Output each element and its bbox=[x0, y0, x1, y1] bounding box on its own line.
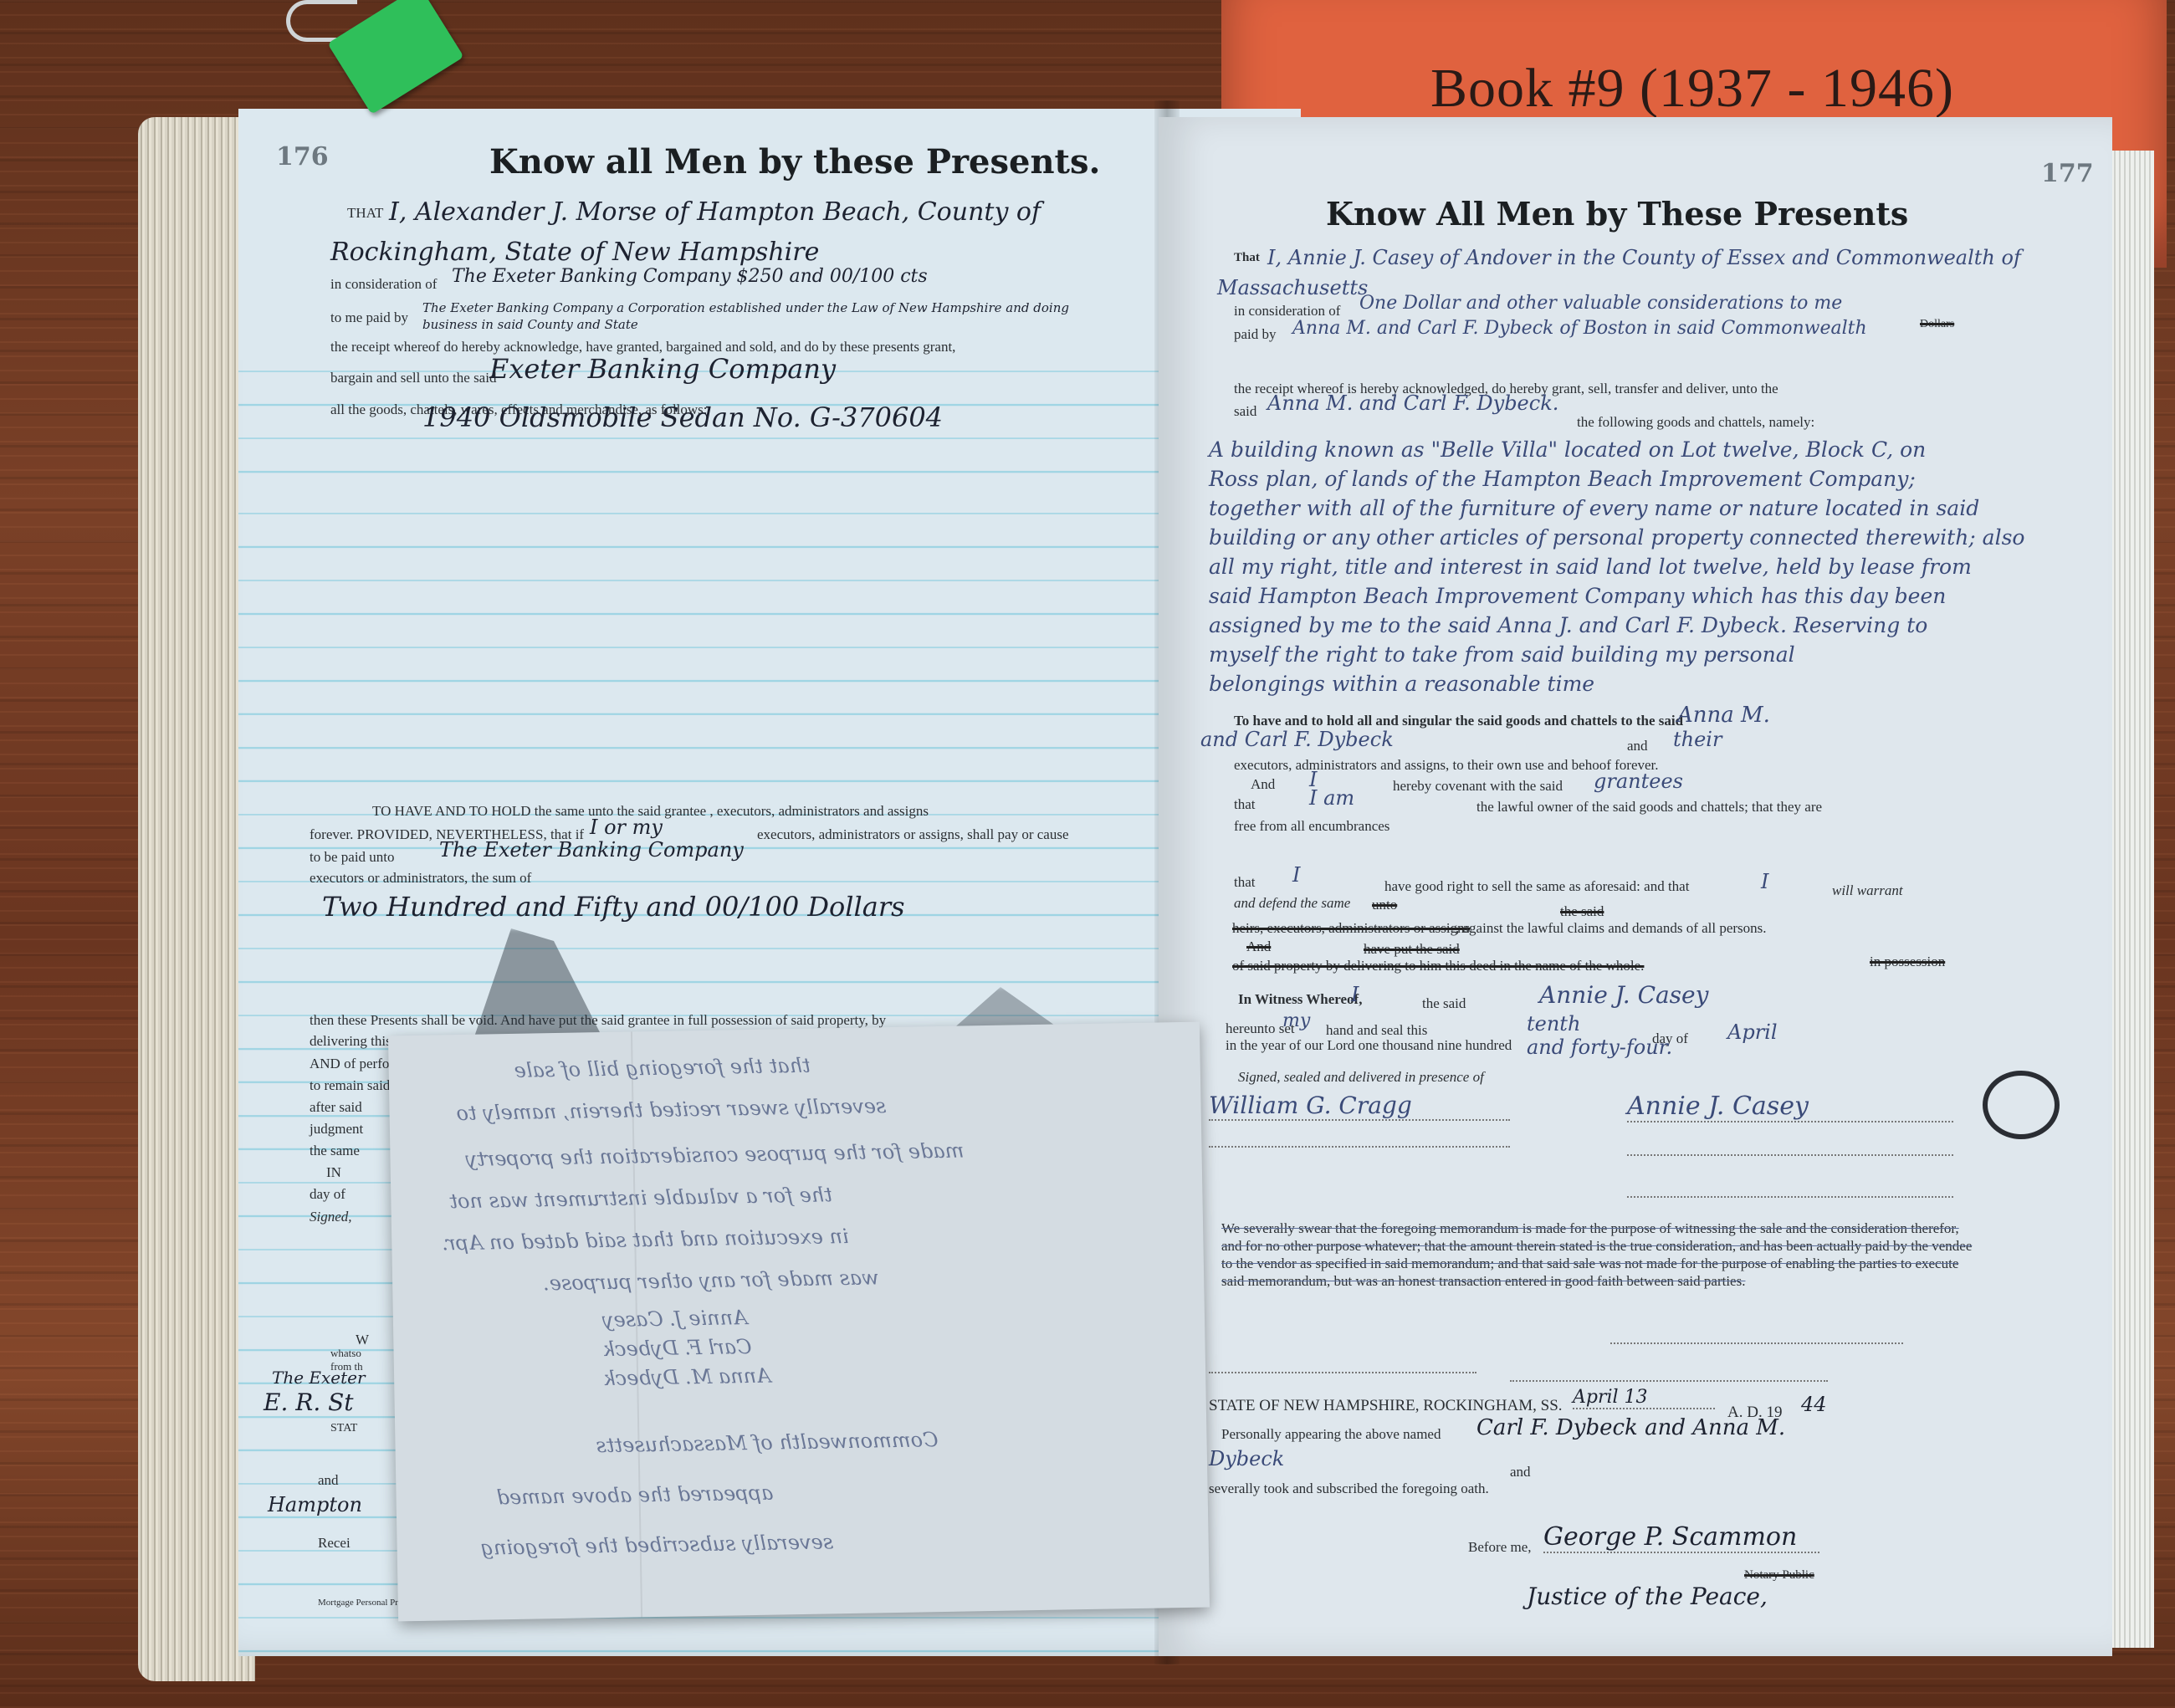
partial-lower-recei: Recei bbox=[318, 1535, 351, 1552]
possession-struck: in possession bbox=[1870, 954, 1945, 970]
witness-label: In Witness Whereof, bbox=[1238, 991, 1362, 1008]
grantor-line-2 bbox=[1627, 1154, 1953, 1156]
witness-said: the said bbox=[1422, 995, 1466, 1012]
ad-year-hw: 44 bbox=[1801, 1393, 1827, 1416]
right-habendum-1-hw: Anna M. bbox=[1677, 703, 1770, 728]
partial-line-signed: Signed, bbox=[310, 1209, 352, 1225]
right-consideration-hw: One Dollar and other valuable considerat… bbox=[1359, 293, 1842, 314]
appearing-label: Personally appearing the above named bbox=[1221, 1426, 1441, 1443]
partial-line-judgment: judgment bbox=[310, 1121, 363, 1138]
partial-lower-stat: STAT bbox=[330, 1422, 357, 1435]
habendum-line-4: executors or administrators, the sum of bbox=[310, 870, 531, 887]
right-paid-by-label: paid by bbox=[1234, 326, 1277, 343]
slip-line: that the foregoing bill of sale bbox=[514, 1054, 810, 1082]
right-heading: Know All Men by These Presents bbox=[1326, 195, 1908, 233]
goods-line: assigned by me to the said Anna J. and C… bbox=[1209, 611, 2024, 640]
right-page: 177 Know All Men by These Presents That … bbox=[1159, 117, 2112, 1656]
putsaid-struck: have put the said bbox=[1364, 941, 1460, 958]
justice-signature: George P. Scammon bbox=[1543, 1522, 1819, 1553]
appearing-and: and bbox=[1510, 1464, 1531, 1480]
partial-lower-whatso: whatso bbox=[330, 1347, 361, 1360]
goods-line: belongings within a reasonable time bbox=[1209, 669, 2024, 698]
covenant-text: hereby covenant with the said bbox=[1393, 778, 1563, 795]
right-said-label: said bbox=[1234, 403, 1256, 420]
right-paid-by-hw: Anna M. and Carl F. Dybeck of Boston in … bbox=[1292, 318, 1867, 339]
bargain-label: bargain and sell unto the said bbox=[330, 370, 496, 386]
year-hw: and forty-four. bbox=[1527, 1036, 1672, 1059]
oath-line-3 bbox=[1510, 1380, 1828, 1382]
signed-label: Signed, sealed and delivered in presence… bbox=[1238, 1069, 1484, 1086]
hereunto-my: my bbox=[1282, 1010, 1310, 1031]
right-habendum-2-hw: and Carl F. Dybeck bbox=[1200, 728, 1394, 751]
claims-text: , against the lawful claims and demands … bbox=[1456, 920, 1767, 937]
hand-seal: hand and seal this bbox=[1326, 1022, 1427, 1039]
goods-line: all my right, title and interest in said… bbox=[1209, 552, 2024, 581]
covenant-that: that bbox=[1234, 796, 1256, 813]
page-edges bbox=[138, 117, 255, 1681]
oath-took: severally took and subscribed the forego… bbox=[1209, 1480, 1489, 1497]
heirs-struck: heirs, executors, administrators or assi… bbox=[1232, 920, 1470, 937]
loose-folded-slip[interactable]: that the foregoing bill of sale severall… bbox=[388, 1022, 1210, 1622]
defend-struck-unto: unto bbox=[1372, 897, 1397, 913]
right-i: I bbox=[1292, 863, 1300, 887]
day-hw: tenth bbox=[1527, 1012, 1580, 1036]
oath-line-1 bbox=[1610, 1342, 1903, 1344]
appearing-hw: Carl F. Dybeck and Anna M. bbox=[1476, 1415, 1785, 1440]
goods-list: A building known as "Belle Villa" locate… bbox=[1209, 435, 2024, 698]
partial-line-dayof: day of bbox=[310, 1186, 345, 1203]
following-label: the following goods and chattels, namely… bbox=[1577, 414, 1814, 431]
covenant-iam: I am bbox=[1309, 786, 1354, 810]
grantor-seal-scribble bbox=[1983, 1071, 2060, 1139]
habendum-line-2b: executors, administrators or assigns, sh… bbox=[757, 826, 1069, 843]
partial-line-same: the same bbox=[310, 1143, 360, 1159]
defend-text: and defend the same bbox=[1234, 895, 1350, 912]
habendum-line-2-hw: I or my bbox=[590, 816, 663, 839]
right-habendum-2-hw-b: their bbox=[1673, 728, 1722, 751]
partial-hw-signature: E. R. St bbox=[264, 1388, 354, 1416]
oath-text: We severally swear that the foregoing me… bbox=[1221, 1220, 1983, 1290]
consideration-handwritten: The Exeter Banking Company $250 and 00/1… bbox=[452, 266, 928, 287]
slip-line: Anna M. Dybeck bbox=[603, 1364, 771, 1390]
green-binder-clip bbox=[326, 0, 477, 134]
partial-lower-and: and bbox=[318, 1472, 339, 1489]
property-struck: of said property by delivering to him th… bbox=[1232, 958, 1644, 974]
witness-line-2 bbox=[1209, 1146, 1510, 1148]
grantor-signature: Annie J. Casey bbox=[1627, 1092, 1953, 1122]
grantor-handwritten: I, Alexander J. Morse of Hampton Beach, … bbox=[330, 192, 1209, 273]
partial-line-in: IN bbox=[326, 1164, 341, 1181]
goods-line: building or any other articles of person… bbox=[1209, 523, 2024, 552]
right-that: that bbox=[1234, 874, 1256, 891]
right-text: have good right to sell the same as afor… bbox=[1384, 878, 1689, 895]
witness-name-hw: Annie J. Casey bbox=[1539, 981, 1708, 1009]
goods-handwritten: 1940 Oldsmobile Sedan No. G-370604 bbox=[422, 401, 943, 433]
covenant-owner: the lawful owner of the said goods and c… bbox=[1476, 799, 1822, 816]
slip-line: in execution and that said dated on Apr. bbox=[442, 1225, 849, 1255]
left-heading: Know all Men by these Presents. bbox=[489, 142, 1100, 182]
dollars-struck: Dollars bbox=[1920, 318, 1954, 331]
partial-hw-exeter: The Exeter bbox=[272, 1368, 366, 1388]
habendum-line-3-label: to be paid unto bbox=[310, 849, 395, 866]
defend-struck-said: the said bbox=[1560, 903, 1604, 920]
slip-line: severally swear recited therein, namely … bbox=[456, 1094, 886, 1125]
oath-line-2 bbox=[1209, 1372, 1476, 1373]
right-grantees-hw: Anna M. and Carl F. Dybeck. bbox=[1267, 391, 1558, 415]
left-page-number: 176 bbox=[276, 142, 329, 171]
covenant-and: And bbox=[1251, 776, 1275, 793]
grantor-line-3 bbox=[1627, 1196, 1953, 1198]
consideration-label: in consideration of bbox=[330, 276, 437, 293]
right-habendum-1: To have and to hold all and singular the… bbox=[1234, 713, 1683, 729]
right-i2: I bbox=[1761, 870, 1768, 893]
and-struck: And bbox=[1246, 938, 1271, 955]
before-me: Before me, bbox=[1468, 1539, 1532, 1556]
paid-by-handwritten: The Exeter Banking Company a Corporation… bbox=[422, 299, 1092, 333]
covenant-grantees: grantees bbox=[1594, 770, 1683, 793]
sum-handwritten: Two Hundred and Fifty and 00/100 Dollars bbox=[322, 891, 905, 923]
slip-line: Commonwealth of Massachusetts bbox=[596, 1428, 938, 1457]
paid-by-label: to me paid by bbox=[330, 309, 408, 326]
slip-line: Annie J. Casey bbox=[602, 1306, 748, 1332]
covenant-free: free from all encumbrances bbox=[1234, 818, 1389, 835]
slip-line: made for the purpose consideration the p… bbox=[465, 1139, 964, 1171]
slip-line: appeared the above named bbox=[496, 1481, 773, 1510]
slip-line: severally subscribed the foregoing bbox=[480, 1530, 833, 1559]
goods-line: myself the right to take from said build… bbox=[1209, 640, 2024, 669]
void-line: then these Presents shall be void. And h… bbox=[310, 1012, 886, 1029]
witness-signature: William G. Cragg bbox=[1209, 1092, 1510, 1121]
goods-line: Ross plan, of lands of the Hampton Beach… bbox=[1209, 464, 2024, 493]
habendum-line-3-hw: The Exeter Banking Company bbox=[439, 838, 744, 862]
appearing-hw-2: Dybeck bbox=[1209, 1447, 1284, 1470]
notary-struck: Notary Public bbox=[1744, 1568, 1814, 1583]
grantee-handwritten: Exeter Banking Company bbox=[489, 353, 836, 385]
goods-line: A building known as "Belle Villa" locate… bbox=[1209, 435, 2024, 464]
right-consideration-label: in consideration of bbox=[1234, 303, 1340, 320]
right-page-number: 177 bbox=[2041, 159, 2094, 188]
partial-lower-w: W bbox=[356, 1332, 369, 1348]
goods-line: together with all of the furniture of ev… bbox=[1209, 493, 2024, 523]
witness-i: I bbox=[1351, 983, 1359, 1006]
partial-hw-hampton: Hampton bbox=[268, 1493, 362, 1516]
month-hw: April bbox=[1727, 1020, 1778, 1044]
slip-line: was made for any other purpose. bbox=[543, 1266, 879, 1295]
right-will-warrant: will warrant bbox=[1832, 882, 1903, 899]
slip-line: Carl F. Dybeck bbox=[602, 1335, 751, 1361]
goods-line: said Hampton Beach Improvement Company w… bbox=[1209, 581, 2024, 611]
justice-title: Justice of the Peace, bbox=[1527, 1583, 1768, 1610]
after-line: after said bbox=[310, 1099, 362, 1116]
slip-line: the for a valuable instrument was not bbox=[449, 1183, 832, 1213]
year-label: in the year of our Lord one thousand nin… bbox=[1226, 1037, 1512, 1054]
right-habendum-2-and: and bbox=[1627, 738, 1648, 754]
state-line: STATE OF NEW HAMPSHIRE, ROCKINGHAM, SS. bbox=[1209, 1397, 1563, 1415]
state-date-hw: April 13 bbox=[1573, 1387, 1715, 1409]
